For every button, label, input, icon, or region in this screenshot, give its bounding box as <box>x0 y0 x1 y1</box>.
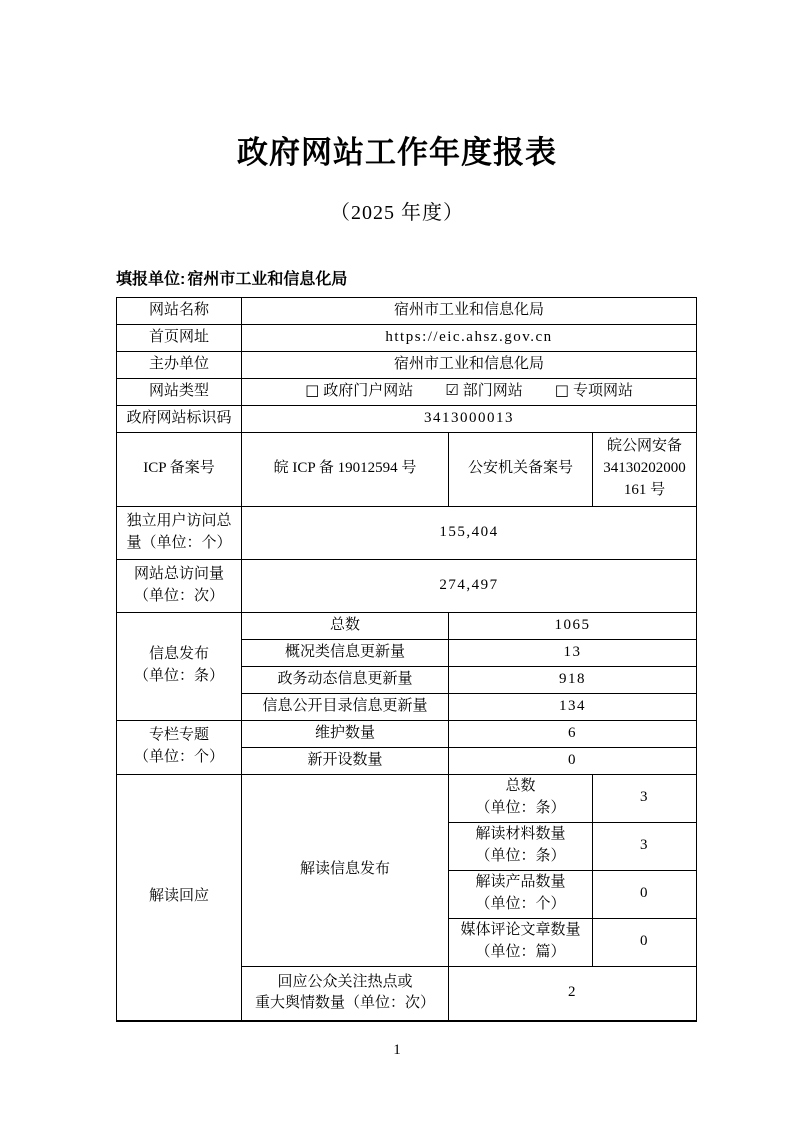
website-type-option-department: ☑部门网站 <box>445 380 522 403</box>
table-row: 主办单位 宿州市工业和信息化局 <box>117 351 697 378</box>
info-publish-row-label: 总数 <box>242 612 449 639</box>
table-row: ICP 备案号 皖 ICP 备 19012594 号 公安机关备案号 皖公网安备… <box>117 432 697 506</box>
total-visits-label: 网站总访问量 （单位：次） <box>117 559 242 612</box>
page-subtitle: （2025 年度） <box>0 203 794 223</box>
interpretation-row-label: 解读材料数量 （单位：条） <box>449 822 593 870</box>
website-type-label: 网站类型 <box>117 378 242 405</box>
interpretation-row-value: 0 <box>593 918 697 966</box>
table-row: 政府网站标识码 3413000013 <box>117 405 697 432</box>
table-row: 网站类型 □政府门户网站☑部门网站□专项网站 <box>117 378 697 405</box>
page-title: 政府网站工作年度报表 <box>0 137 794 170</box>
page-number: 1 <box>0 1043 794 1058</box>
interpretation-row-value: 3 <box>593 774 697 822</box>
public-response-label: 回应公众关注热点或 重大舆情数量（单位：次） <box>242 966 449 1021</box>
interpretation-row-value: 3 <box>593 822 697 870</box>
security-filing-label: 公安机关备案号 <box>449 432 593 506</box>
table-row: 独立用户访问总 量（单位：个） 155,404 <box>117 506 697 559</box>
info-publish-row-label: 信息公开目录信息更新量 <box>242 693 449 720</box>
info-publish-row-label: 政务动态信息更新量 <box>242 666 449 693</box>
interpretation-section-label: 解读回应 <box>117 774 242 1021</box>
info-publish-row-value: 1065 <box>449 612 697 639</box>
website-type-option-special: □专项网站 <box>555 380 633 403</box>
info-publish-row-value: 13 <box>449 639 697 666</box>
icp-value: 皖 ICP 备 19012594 号 <box>242 432 449 506</box>
interpretation-row-label: 媒体评论文章数量 （单位：篇） <box>449 918 593 966</box>
interpretation-row-label: 总数 （单位：条） <box>449 774 593 822</box>
icp-label: ICP 备案号 <box>117 432 242 506</box>
annual-report-table: 网站名称 宿州市工业和信息化局 首页网址 https://eic.ahsz.go… <box>116 297 697 1023</box>
homepage-url-label: 首页网址 <box>117 324 242 351</box>
special-columns-row-label: 新开设数量 <box>242 747 449 774</box>
info-publish-section-label: 信息发布 （单位：条） <box>117 612 242 720</box>
host-unit-value: 宿州市工业和信息化局 <box>242 351 697 378</box>
security-filing-value: 皖公网安备 34130202000 161 号 <box>593 432 697 506</box>
special-columns-row-label: 维护数量 <box>242 720 449 747</box>
special-columns-row-value: 6 <box>449 720 697 747</box>
total-visits-value: 274,497 <box>242 559 697 612</box>
info-publish-row-value: 134 <box>449 693 697 720</box>
info-publish-row-value: 918 <box>449 666 697 693</box>
website-type-options: □政府门户网站☑部门网站□专项网站 <box>242 378 697 405</box>
checkbox-checked-icon: ☑ <box>445 381 458 399</box>
website-type-option-label: 部门网站 <box>463 383 523 399</box>
interpretation-row-label: 解读产品数量 （单位：个） <box>449 870 593 918</box>
host-unit-label: 主办单位 <box>117 351 242 378</box>
website-type-option-label: 专项网站 <box>573 383 633 399</box>
interpretation-publish-label: 解读信息发布 <box>242 774 449 966</box>
checkbox-unchecked-icon: □ <box>305 381 319 399</box>
special-columns-row-value: 0 <box>449 747 697 774</box>
table-row: 信息发布 （单位：条） 总数 1065 <box>117 612 697 639</box>
unique-visitors-label: 独立用户访问总 量（单位：个） <box>117 506 242 559</box>
reporting-unit-label: 填报单位: <box>116 271 185 288</box>
site-id-code-value: 3413000013 <box>242 405 697 432</box>
special-columns-section-label: 专栏专题 （单位：个） <box>117 720 242 774</box>
website-name-value: 宿州市工业和信息化局 <box>242 297 697 324</box>
site-id-code-label: 政府网站标识码 <box>117 405 242 432</box>
homepage-url-value: https://eic.ahsz.gov.cn <box>242 324 697 351</box>
table-row: 首页网址 https://eic.ahsz.gov.cn <box>117 324 697 351</box>
unique-visitors-value: 155,404 <box>242 506 697 559</box>
website-type-option-label: 政府门户网站 <box>323 383 413 399</box>
checkbox-unchecked-icon: □ <box>555 381 569 399</box>
table-row: 网站名称 宿州市工业和信息化局 <box>117 297 697 324</box>
website-name-label: 网站名称 <box>117 297 242 324</box>
reporting-unit-value: 宿州市工业和信息化局 <box>187 271 347 288</box>
interpretation-row-value: 0 <box>593 870 697 918</box>
info-publish-row-label: 概况类信息更新量 <box>242 639 449 666</box>
public-response-value: 2 <box>449 966 697 1021</box>
table-row: 解读回应 解读信息发布 总数 （单位：条） 3 <box>117 774 697 822</box>
table-row: 网站总访问量 （单位：次） 274,497 <box>117 559 697 612</box>
website-type-option-portal: □政府门户网站 <box>305 380 413 403</box>
reporting-unit-line: 填报单位:宿州市工业和信息化局 <box>116 270 794 290</box>
document-page: 政府网站工作年度报表 （2025 年度） 填报单位:宿州市工业和信息化局 网站名… <box>0 0 794 1122</box>
table-row: 专栏专题 （单位：个） 维护数量 6 <box>117 720 697 747</box>
